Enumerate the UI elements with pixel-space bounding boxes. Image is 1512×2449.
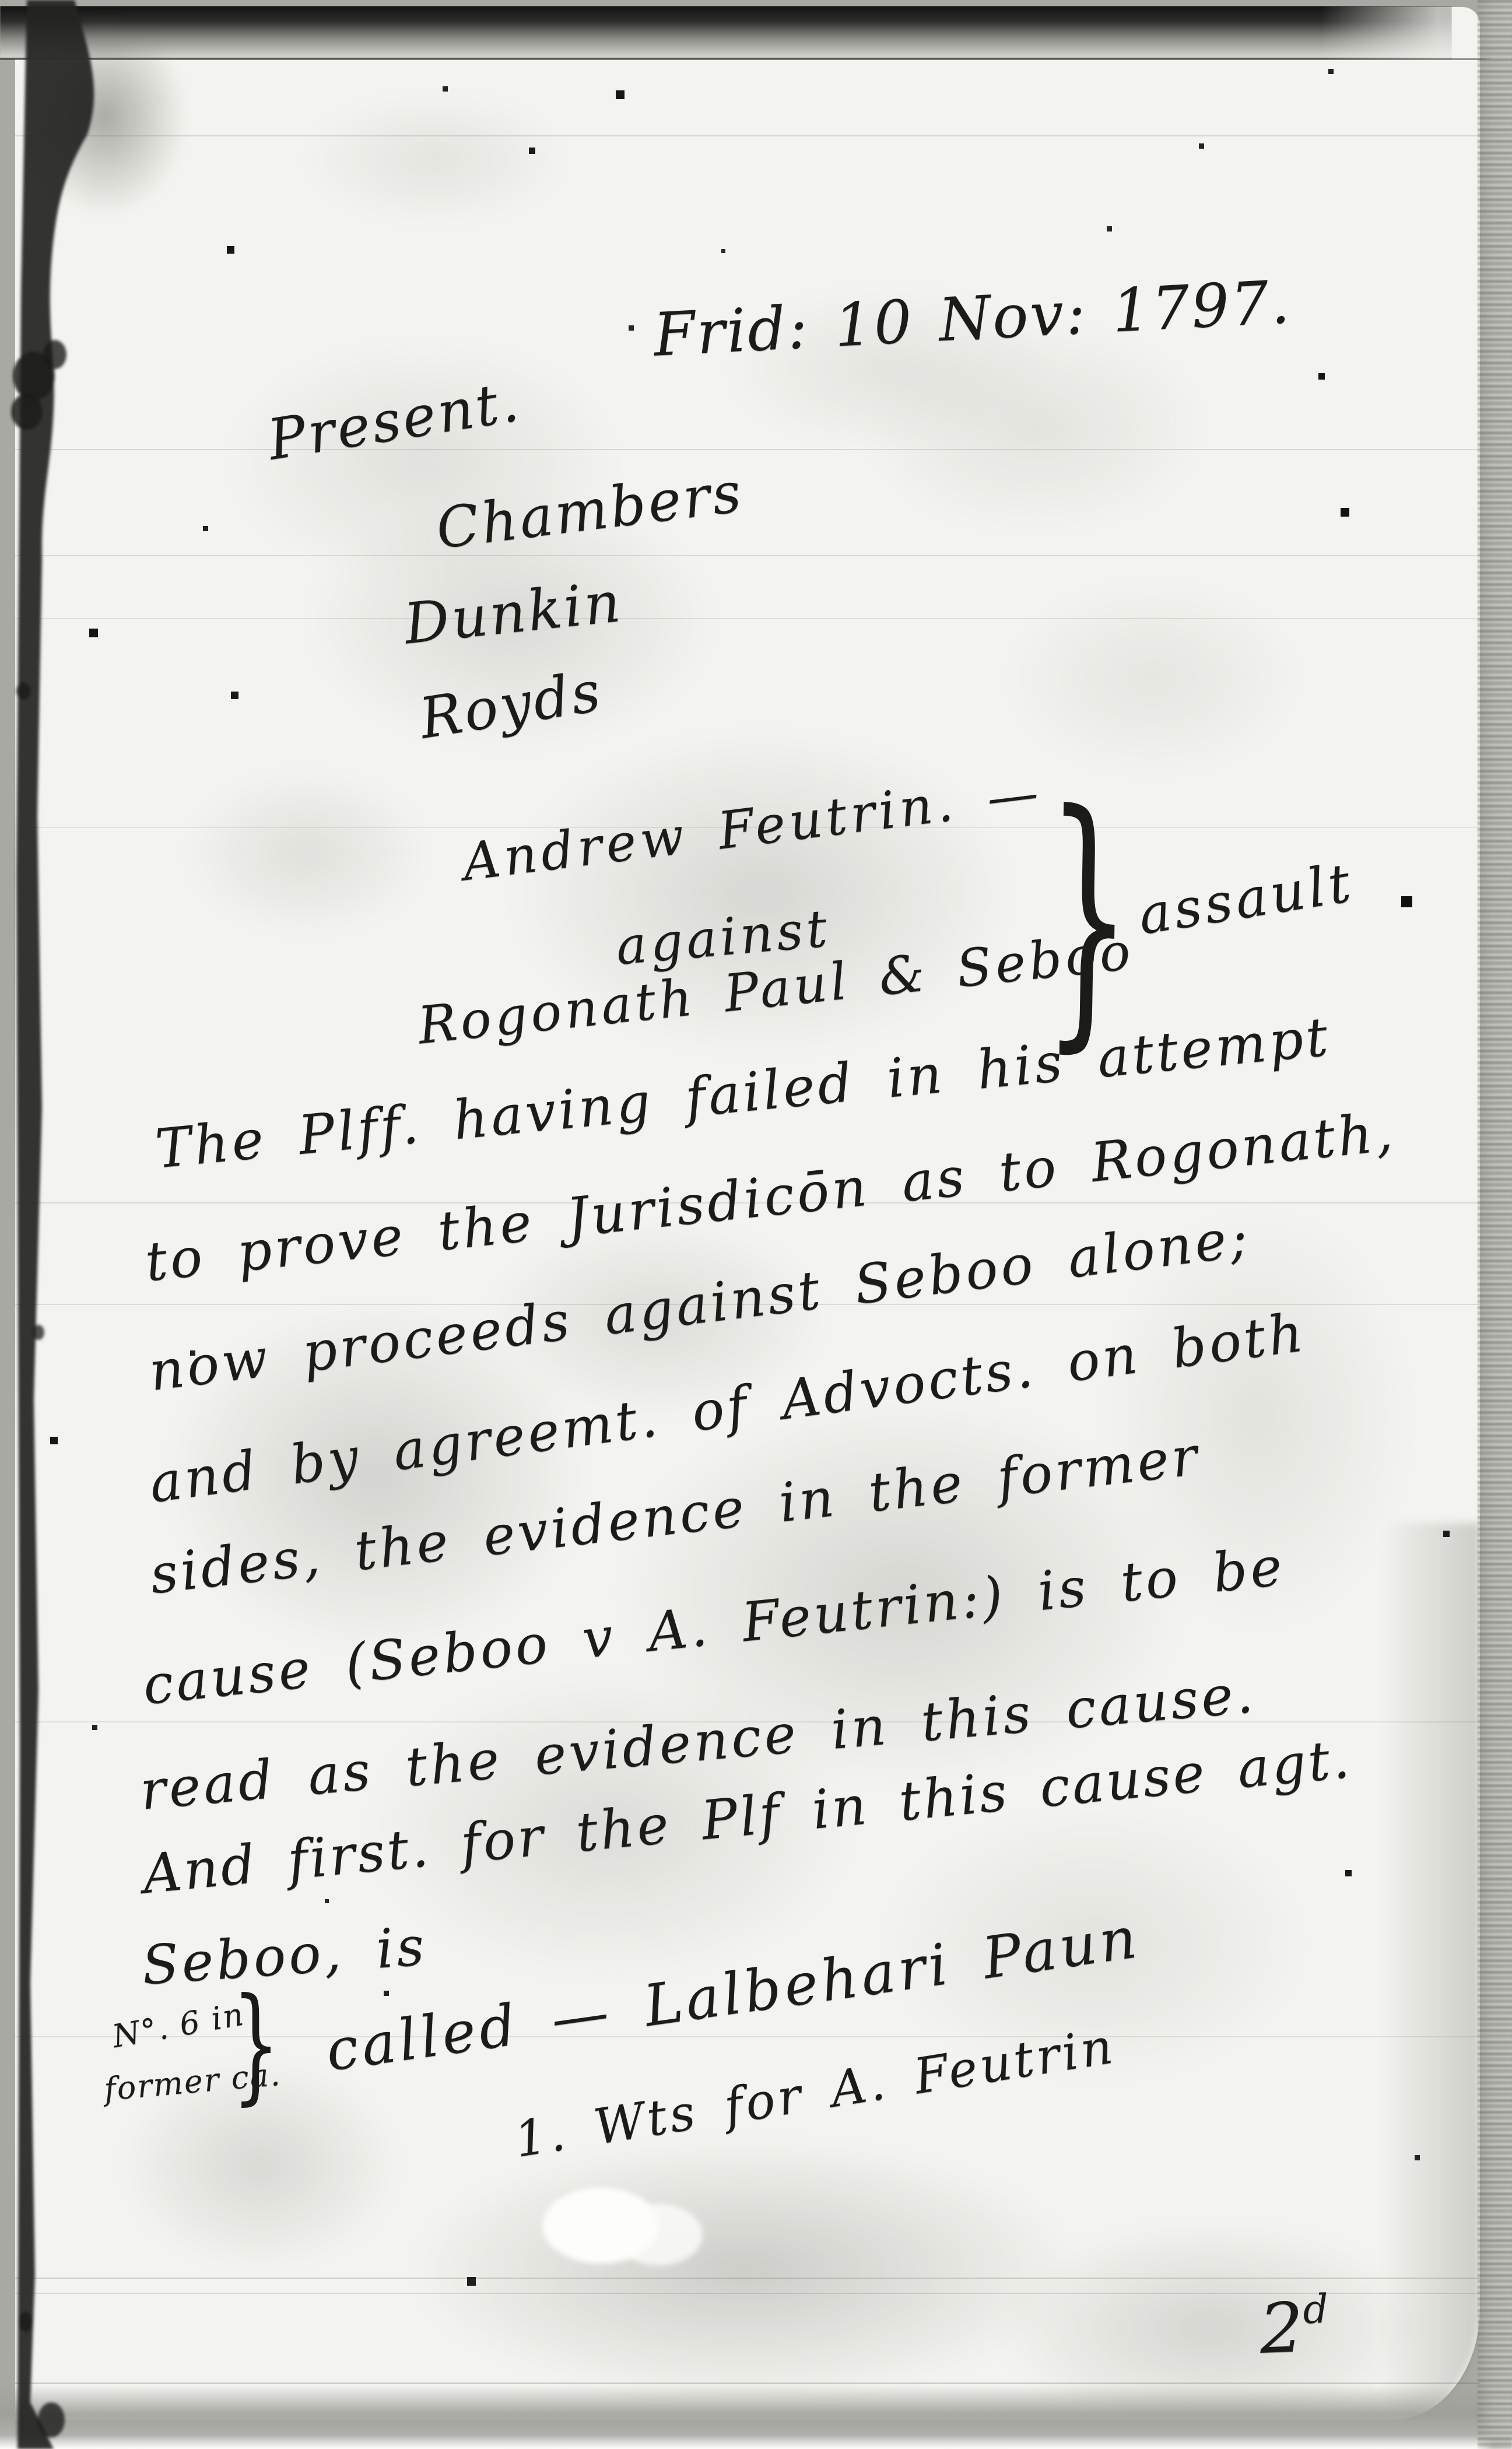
page-number-digit: 2	[1258, 2287, 1305, 2369]
ruled-line	[15, 618, 1480, 619]
top-scan-bar	[0, 6, 1452, 59]
scan-line	[0, 58, 1512, 60]
right-page-stack-edge	[1478, 0, 1512, 2449]
scanned-manuscript: { "page": { "description": "Handwritten …	[0, 0, 1512, 2449]
page-number: 2d	[1258, 2286, 1330, 2369]
ruled-line	[15, 449, 1480, 450]
case-brace: }	[1043, 798, 1134, 1037]
white-stain	[615, 2204, 703, 2265]
margin-note-brace: }	[232, 1991, 280, 2098]
bottom-scan-shadow	[0, 2385, 1512, 2449]
page-number-superscript: d	[1302, 2286, 1329, 2333]
ruled-line	[15, 2383, 1480, 2384]
ruled-line	[15, 555, 1480, 556]
ruled-line	[15, 2278, 1480, 2279]
ruled-line	[15, 135, 1480, 136]
left-binding-edge	[0, 0, 152, 2449]
